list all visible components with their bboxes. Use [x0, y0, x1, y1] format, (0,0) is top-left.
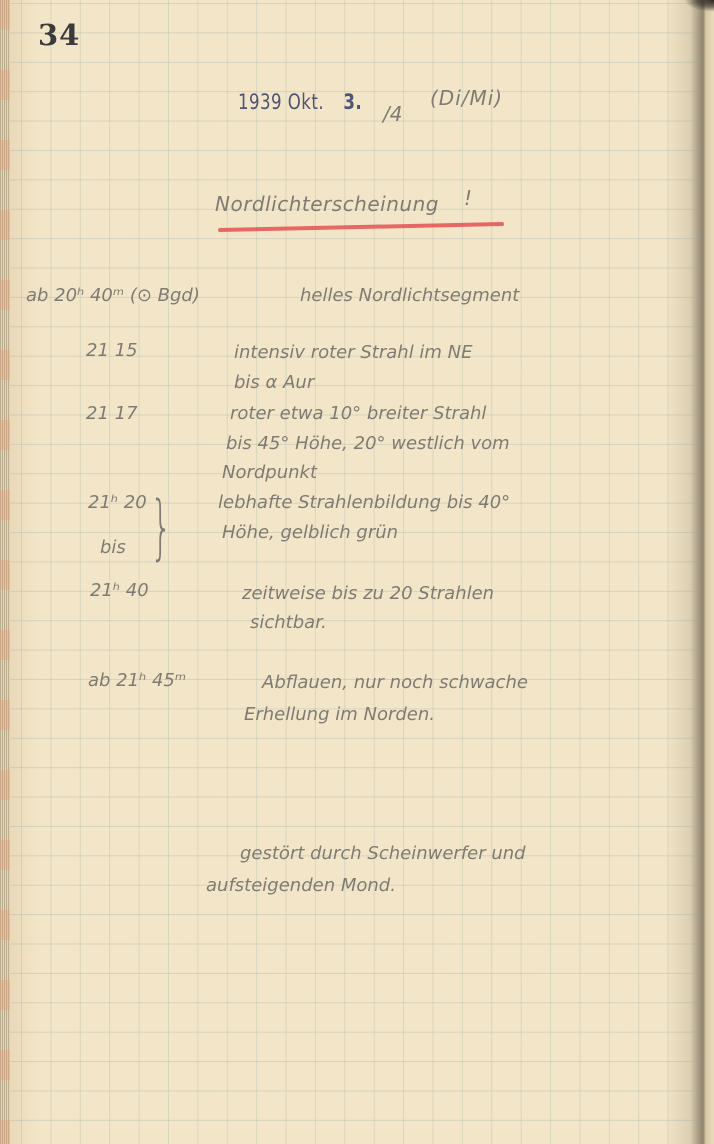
entry-text-line: intensiv roter Strahl im NE — [234, 342, 473, 363]
page-binding-edge — [0, 0, 10, 1144]
entry-text-line: Abflauen, nur noch schwache — [262, 672, 528, 693]
date-stamp-day: 3. — [343, 90, 362, 114]
page-number: 34 — [38, 18, 80, 52]
title-exclamation: ! — [464, 186, 472, 210]
entry-time: ab 21ʰ 45ᵐ — [88, 670, 186, 691]
date-day-fraction: /4 — [383, 102, 402, 126]
date-stamp-year-month: 1939 Okt. — [238, 90, 324, 114]
entry-time: 21 15 — [86, 340, 138, 361]
page-corner-shadow — [684, 0, 714, 12]
entry-text-line: Nordpunkt — [222, 462, 317, 483]
entry-text-line: zeitweise bis zu 20 Strahlen — [242, 583, 494, 604]
entry-time-range-bis: bis — [100, 537, 126, 558]
entry-text-line: roter etwa 10° breiter Strahl — [230, 403, 486, 424]
date-stamp: 1939 Okt.3. — [238, 90, 362, 114]
entry-time: ab 20ʰ 40ᵐ (⊙ Bgd) — [26, 285, 200, 306]
page-title: Nordlichterscheinung — [215, 192, 439, 216]
footnote-line: aufsteigenden Mond. — [206, 875, 396, 896]
notebook-page: 34 1939 Okt.3. /4 (Di/Mi) Nordlichtersch… — [0, 0, 714, 1144]
graph-paper-grid — [10, 0, 700, 1144]
time-range-brace: } — [150, 492, 172, 562]
entry-time-end: 21ʰ 40 — [90, 580, 149, 601]
entry-text-line: helles Nordlichtsegment — [300, 285, 519, 306]
entry-text-line: lebhafte Strahlenbildung bis 40° — [218, 492, 510, 513]
entry-text-line: Erhellung im Norden. — [244, 704, 435, 725]
entry-time: 21 17 — [86, 403, 138, 424]
footnote-line: gestört durch Scheinwerfer und — [240, 843, 526, 864]
entry-time-start: 21ʰ 20 — [88, 492, 147, 513]
entry-text-line: Höhe, gelblich grün — [222, 522, 398, 543]
entry-text-line: sichtbar. — [250, 612, 327, 633]
entry-text-line: bis α Aur — [234, 372, 314, 393]
entry-text-line: bis 45° Höhe, 20° westlich vom — [226, 433, 510, 454]
date-weekdays: (Di/Mi) — [430, 86, 503, 110]
